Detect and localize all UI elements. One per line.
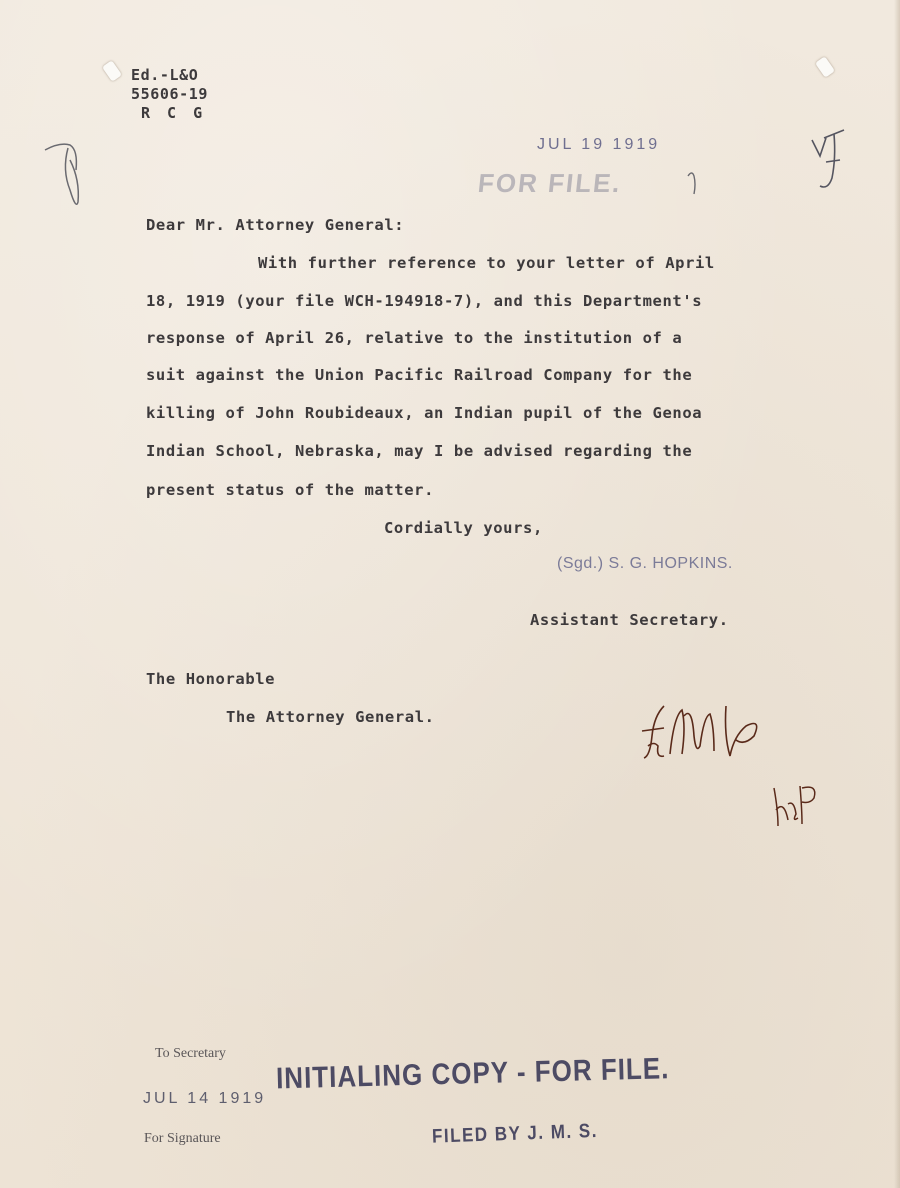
punch-hole (815, 56, 835, 78)
signer-title: Assistant Secretary. (530, 611, 729, 629)
ink-initials-icon (634, 696, 804, 766)
pencil-tick-icon (686, 170, 700, 196)
to-secretary-date: JUL 14 1919 (143, 1090, 266, 1108)
body-line: With further reference to your letter of… (258, 254, 715, 272)
pencil-mark-vj-icon (810, 128, 850, 194)
for-signature-label: For Signature (144, 1131, 221, 1147)
signature-stamp: (Sgd.) S. G. HOPKINS. (557, 555, 733, 573)
closing: Cordially yours, (384, 519, 543, 537)
reference-code: Ed.-L&O (131, 66, 198, 85)
initialing-copy-stamp: INITIALING COPY - FOR FILE. (276, 1051, 670, 1097)
addressee-line-2: The Attorney General. (226, 708, 435, 726)
body-line: suit against the Union Pacific Railroad … (146, 366, 692, 384)
pencil-mark-p-icon (40, 140, 90, 215)
for-file-faint-stamp: FOR FILE. (476, 168, 623, 199)
punch-hole (102, 60, 122, 82)
body-line: response of April 26, relative to the in… (146, 329, 682, 347)
body-line: present status of the matter. (146, 481, 434, 499)
body-line: Indian School, Nebraska, may I be advise… (146, 442, 692, 460)
reference-initials: R C G (141, 104, 206, 123)
salutation: Dear Mr. Attorney General: (146, 216, 404, 234)
filed-by-stamp: FILED BY J. M. S. (432, 1120, 599, 1149)
to-secretary-label: To Secretary (155, 1046, 226, 1062)
body-line: killing of John Roubideaux, an Indian pu… (146, 404, 702, 422)
received-date-stamp: JUL 19 1919 (537, 136, 660, 154)
reference-number: 55606-19 (131, 85, 208, 104)
ink-initials-small-icon (770, 780, 826, 830)
page-edge (894, 0, 900, 1188)
body-line: 18, 1919 (your file WCH-194918-7), and t… (146, 292, 702, 310)
addressee-line-1: The Honorable (146, 670, 275, 688)
